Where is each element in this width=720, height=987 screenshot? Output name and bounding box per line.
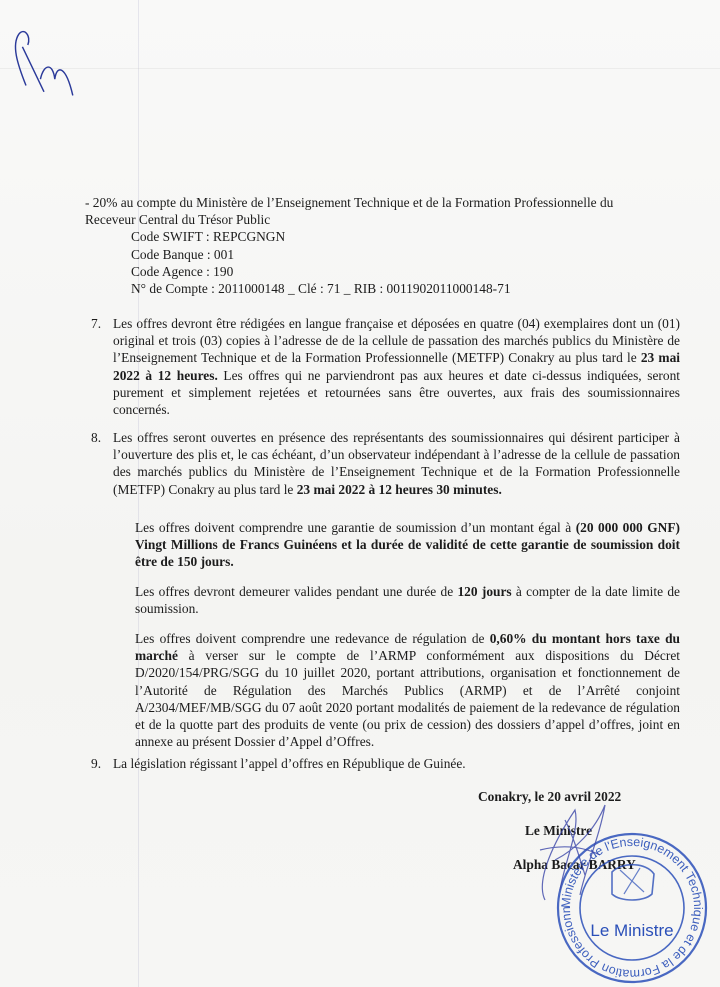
bank-details: Code SWIFT : REPCGNGN Code Banque : 001 … — [131, 228, 685, 297]
payment-paragraph: - 20% au compte du Ministère de l’Enseig… — [85, 194, 685, 297]
guarantee-paragraph: Les offres doivent comprendre une garant… — [135, 519, 680, 571]
swift-code: Code SWIFT : REPCGNGN — [131, 228, 685, 245]
payment-line-2: Receveur Central du Trésor Public — [85, 211, 685, 228]
list-item-9: 9. La législation régissant l’appel d’of… — [113, 755, 680, 772]
account-number: N° de Compte : 2011000148 _ Clé : 71 _ R… — [131, 280, 685, 297]
validity-paragraph: Les offres devront demeurer valides pend… — [135, 583, 680, 617]
item-number: 7. — [91, 315, 101, 332]
handwritten-initials-icon — [8, 24, 78, 104]
agency-code: Code Agence : 190 — [131, 263, 685, 280]
fold-line-horizontal — [0, 68, 720, 69]
regulation-fee-paragraph: Les offres doivent comprendre une redeva… — [135, 630, 680, 750]
document-page: - 20% au compte du Ministère de l’Enseig… — [0, 0, 720, 987]
opening-date: 23 mai 2022 à 12 heures 30 minutes. — [297, 482, 502, 497]
item-number: 8. — [91, 429, 101, 446]
signature-scribble-icon — [525, 800, 620, 910]
stamp-center-text: Le Ministre — [590, 921, 673, 940]
list-item-8: 8. Les offres seront ouvertes en présenc… — [113, 429, 680, 498]
payment-line-1: - 20% au compte du Ministère de l’Enseig… — [85, 194, 685, 211]
list-item-7: 7. Les offres devront être rédigées en l… — [113, 315, 680, 418]
bank-code: Code Banque : 001 — [131, 246, 685, 263]
item-number: 9. — [91, 755, 101, 772]
